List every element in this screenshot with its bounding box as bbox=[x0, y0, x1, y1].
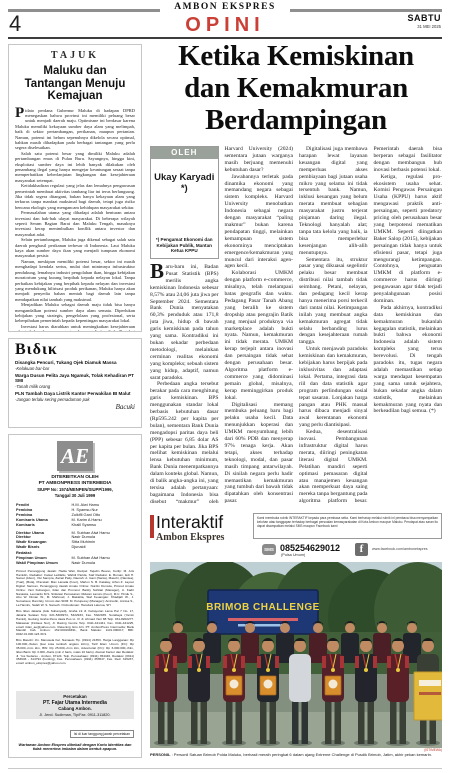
printer-label: Percetakan bbox=[20, 694, 130, 699]
caption-text: : Personil Satuan Brimob Polda Maluku, b… bbox=[170, 752, 431, 757]
staff-name: Djunaidi bbox=[71, 545, 134, 550]
headline-line: dan Kemakmuran bbox=[150, 72, 442, 104]
caption-label: PERSONIL bbox=[150, 752, 170, 757]
facebook-icon-letter: f bbox=[355, 543, 368, 556]
interaktif-title: Interaktif bbox=[156, 512, 223, 533]
interaktif-subtitle: Ambon Ekspres bbox=[156, 532, 224, 543]
siupp-date: Tanggal 30 Juli 1999 bbox=[16, 493, 134, 499]
tajuk-paragraph: Permasalahan utama yang dihadapi adalah … bbox=[15, 210, 135, 237]
newspaper-page: AMBON EKSPRES OPINI 4 SABTU 31 MEI 2025 … bbox=[0, 0, 450, 773]
article-paragraph: Untuk menjawab paradoks kemiskinan dan k… bbox=[299, 346, 368, 429]
imprint-details: Pimred Penanggung Jawab: Hadia Wati, Red… bbox=[16, 570, 134, 689]
article-headline: Ketika Kemiskinan dan Kemakmuran Berdamp… bbox=[150, 40, 442, 136]
masthead-title: AMBON EKSPRES bbox=[0, 2, 450, 12]
tajuk-title: Maluku dan Tantangan Menuju Kemajuan bbox=[17, 65, 133, 103]
photo-banner-text: BRIMOB CHALLENGE bbox=[206, 602, 320, 613]
article-paragraph: Sementara itu, struktur pasar yang dikua… bbox=[299, 257, 368, 347]
date-full: 31 MEI 2025 bbox=[408, 25, 442, 29]
sms-bubble-icon: SMS bbox=[262, 544, 276, 555]
bidik-comment: -Tanah milik orang bbox=[15, 384, 135, 389]
tajuk-box: TAJUK Maluku dan Tantangan Menuju Kemaju… bbox=[8, 44, 142, 332]
staff-role: Wakil Pimpinan Umum bbox=[16, 561, 71, 566]
article-paragraph: Pada akhirnya, kontradiksi data kemiskin… bbox=[374, 305, 443, 416]
photo-caption: PERSONIL : Personil Satuan Brimob Polda … bbox=[150, 753, 442, 758]
date-day: SABTU bbox=[408, 14, 442, 23]
bidik-item: PLN Tambah Daya Listrik Kantor Perwakila… bbox=[15, 391, 135, 402]
bidik-headline: Warga Dusun Pelita Jaya Ngamuk, Tolak Ke… bbox=[15, 373, 135, 384]
staff-row: KomisarisKhalil Syamsu bbox=[16, 523, 134, 528]
imprint-bureau-paragraph: Biro Iklan Jakarta (Ade Suhanyadi), Grah… bbox=[16, 610, 134, 637]
page-number: 4 bbox=[9, 11, 21, 37]
staff-role: Komisaris bbox=[16, 523, 71, 528]
article-paragraph: Baru-baru ini, Badan Pusat Statistik (BP… bbox=[150, 264, 219, 381]
bottom-rule bbox=[8, 768, 442, 769]
sms-note: (Pulsa Umum) bbox=[281, 553, 305, 557]
bidik-item: Warga Dusun Pelita Jaya Ngamuk, Tolak Ke… bbox=[15, 373, 135, 389]
header-divider bbox=[8, 37, 442, 39]
author-name: Ukay Karyadi *) bbox=[151, 172, 218, 194]
byline-box: OLEH Ukay Karyadi *) *) Pengamat Ekonomi… bbox=[150, 146, 219, 259]
tajuk-paragraph: Menjadikan Maluku sebagai daerah maju ti… bbox=[15, 302, 135, 324]
interaktif-description: Kami membuka rubrik INTERAKTIF kepada pa… bbox=[253, 513, 442, 539]
facebook-icon: f bbox=[355, 543, 368, 556]
staff-row: Wakil Pimpinan UmumNasir Dumula bbox=[16, 561, 134, 566]
bidik-comment: -Jangan terlalu sering pemadaman pak bbox=[15, 397, 135, 402]
article-body: OLEH Ukay Karyadi *) *) Pengamat Ekonomi… bbox=[150, 146, 442, 510]
tajuk-paragraph: Ketidakhadiran regulasi yang jelas dan l… bbox=[15, 183, 135, 210]
sms-number: 085254629012 bbox=[280, 543, 340, 553]
article-paragraph: Jawabannya terletak pada dinamika ekonom… bbox=[225, 174, 294, 271]
byline-label: OLEH bbox=[151, 147, 218, 159]
event-banner: BRIMOB CHALLENGE bbox=[206, 590, 320, 634]
tajuk-paragraph: Selain pertambangan, Maluku juga dikenal… bbox=[15, 237, 135, 259]
article-paragraph: Digitalisasi memang membuka peluang baru… bbox=[225, 402, 294, 506]
tajuk-body: Pidato perdana Gubernur Maluku di hadapa… bbox=[15, 108, 135, 333]
interaktif-accent-bar bbox=[150, 515, 154, 538]
news-photo: BRIMOB CHALLENGE bbox=[150, 562, 442, 748]
tajuk-label: TAJUK bbox=[15, 50, 135, 61]
printer-address: Jl. Jend. Sudirman, Tlp/Fax. 0911-311820… bbox=[20, 713, 130, 717]
bidik-signature: Bacuki bbox=[15, 403, 135, 411]
bidik-headline: Disangka Pencuri, Tukang Ojek Diamuk Mas… bbox=[15, 360, 135, 365]
article-paragraph: Digitalisasi juga membawa harapan lewat … bbox=[299, 146, 368, 257]
imprint-publisher: DITERBITKAN OLEH PT AMBONPRESS INTERMEDI… bbox=[16, 475, 134, 499]
ae-logo-letters: AE bbox=[57, 442, 93, 470]
bidik-title: Bιδικ bbox=[15, 342, 135, 358]
interaktif-block: Interaktif Ambon Ekspres Kami membuka ru… bbox=[150, 511, 442, 561]
imprint-staff-list: PendiriH.M. Alwi Hamu PembinaH. Syamsu N… bbox=[16, 503, 134, 566]
tajuk-paragraph: Namun, meskipun memiliki potensi besar, … bbox=[15, 259, 135, 302]
ae-logo: AE bbox=[57, 441, 93, 471]
tajuk-paragraph: Investasi harus diarahkan untuk meningka… bbox=[15, 324, 135, 332]
date-block: SABTU 31 MEI 2025 bbox=[408, 14, 442, 29]
staff-name: Khalil Syamsu bbox=[71, 523, 134, 528]
imprint-rates-paragraph: Biro Masohi: Jln. Manusela Kel. Namaelo … bbox=[16, 639, 134, 666]
author-note: *) Pengamat Ekonomi dan Kebijakan Publik… bbox=[151, 237, 218, 258]
section-title: OPINI bbox=[0, 14, 450, 37]
printer-block: Percetakan PT. Fajar Utama Intermedia Ca… bbox=[16, 691, 134, 719]
sms-icon-label: SMS bbox=[262, 544, 276, 555]
photo-illustration: BRIMOB CHALLENGE bbox=[150, 562, 442, 748]
bidik-box: Bιδικ Disangka Pencuri, Tukang Ojek Diam… bbox=[8, 338, 142, 428]
staff-name: Nasir Dumula bbox=[71, 561, 134, 566]
headline-line: Ketika Kemiskinan bbox=[150, 40, 442, 72]
printer-disclaimer: Isi di luar tanggung jawab percetakan bbox=[70, 730, 134, 738]
printer-branch: Cabang Ambon. bbox=[20, 706, 130, 711]
bidik-item: Disangka Pencuri, Tukang Ojek Diamuk Mas… bbox=[15, 360, 135, 371]
article-paragraph: Ketiga, regulasi pro-ekosistem usaha seh… bbox=[374, 174, 443, 305]
imprint-staff-paragraph: Pimred Penanggung Jawab: Hadia Wati, Red… bbox=[16, 570, 134, 608]
tajuk-paragraph: Salah satu potensi besar yang dimiliki M… bbox=[15, 151, 135, 183]
facebook-url: www.facebook.com/ambonekspres bbox=[372, 547, 428, 551]
bidik-headline: PLN Tambah Daya Listrik Kantor Perwakila… bbox=[15, 391, 135, 396]
staff-row: Wadir BisnisDjunaidi bbox=[16, 545, 134, 550]
bidik-comment: -Kelakuan bar-bar bbox=[15, 366, 135, 371]
article-paragraph: Kolaborasi UMKM dengan platform e-commer… bbox=[225, 270, 294, 401]
imprint-note: Wartawan Ambon Ekspres dibekali dengan K… bbox=[16, 743, 134, 752]
imprint-box: AE DITERBITKAN OLEH PT AMBONPRESS INTERM… bbox=[8, 434, 142, 758]
headline-line: Berdampingan bbox=[150, 104, 442, 136]
tajuk-paragraph: Pidato perdana Gubernur Maluku di hadapa… bbox=[15, 108, 135, 151]
